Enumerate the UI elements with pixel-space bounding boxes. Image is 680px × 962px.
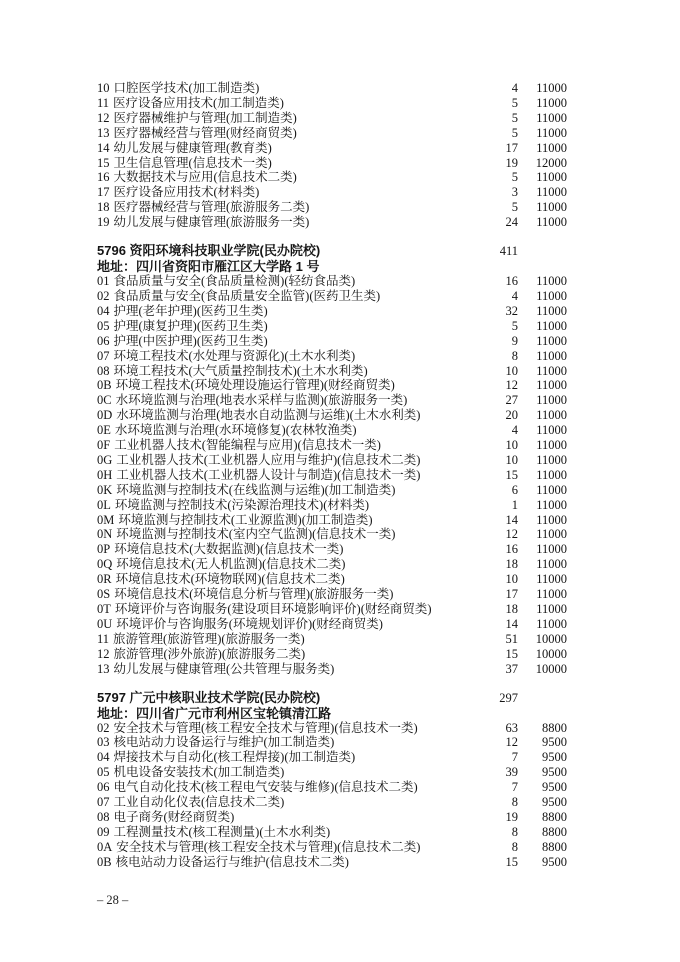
- program-name: 幼儿发展与健康管理(公共管理与服务类): [114, 662, 335, 676]
- college-title: 5797 广元中核职业技术学院(民办院校): [97, 690, 478, 705]
- program-row: 0U环境评价与咨询服务(环境规划评价)(财经商贸类) 14 11000: [97, 617, 567, 632]
- program-fee: 9500: [518, 855, 567, 870]
- program-title: 07环境工程技术(水处理与资源化)(土木水利类): [97, 349, 478, 364]
- program-quota: 18: [478, 602, 518, 617]
- program-row: 0D水环境监测与治理(地表水自动监测与运维)(土木水利类) 20 11000: [97, 408, 567, 423]
- college-section-5797: 5797 广元中核职业技术学院(民办院校) 297 地址：四川省广元市利州区宝轮…: [97, 690, 567, 870]
- program-row: 0B环境工程技术(环境处理设施运行管理)(财经商贸类) 12 11000: [97, 378, 567, 393]
- program-fee: 11000: [518, 200, 567, 215]
- page-content: 10口腔医学技术(加工制造类) 4 11000 11医疗设备应用技术(加工制造类…: [97, 81, 567, 870]
- program-name: 医疗器械经营与管理(旅游服务二类): [114, 200, 310, 214]
- program-title: 09工程测量技术(核工程测量)(土木水利类): [97, 825, 478, 840]
- program-code: 04: [97, 304, 110, 318]
- program-name: 护理(中医护理)(医药卫生类): [114, 334, 268, 348]
- program-name: 卫生信息管理(信息技术一类): [114, 156, 272, 170]
- program-name: 旅游管理(旅游管理)(旅游服务一类): [113, 632, 305, 646]
- college-header-row: 5797 广元中核职业技术学院(民办院校) 297: [97, 690, 567, 706]
- program-fee: 8800: [518, 810, 567, 825]
- program-fee: 11000: [518, 572, 567, 587]
- program-title: 08环境工程技术(大气质量控制技术)(土木水利类): [97, 364, 478, 379]
- program-code: 08: [97, 810, 110, 824]
- program-row: 11医疗设备应用技术(加工制造类) 5 11000: [97, 96, 567, 111]
- program-row: 0F工业机器人技术(智能编程与应用)(信息技术一类) 10 11000: [97, 438, 567, 453]
- program-row: 06电气自动化技术(核工程电气安装与维修)(信息技术二类) 7 9500: [97, 780, 567, 795]
- program-row: 04焊接技术与自动化(核工程焊接)(加工制造类) 7 9500: [97, 750, 567, 765]
- program-name: 环境信息技术(环境信息分析与管理)(旅游服务一类): [114, 587, 393, 601]
- program-quota: 18: [478, 557, 518, 572]
- program-name: 工业机器人技术(工业机器人设计与制造)(信息技术一类): [116, 468, 420, 482]
- program-code: 0B: [97, 378, 112, 392]
- program-code: 12: [97, 111, 110, 125]
- program-code: 11: [97, 632, 109, 646]
- program-row: 13医疗器械经营与管理(财经商贸类) 5 11000: [97, 126, 567, 141]
- program-code: 0F: [97, 438, 110, 452]
- program-quota: 5: [478, 170, 518, 185]
- program-fee: 11000: [518, 617, 567, 632]
- program-fee: 10000: [518, 632, 567, 647]
- program-row: 03核电站动力设备运行与维护(加工制造类) 12 9500: [97, 735, 567, 750]
- program-title: 06电气自动化技术(核工程电气安装与维修)(信息技术二类): [97, 780, 478, 795]
- program-title: 0A安全技术与管理(核工程安全技术与管理)(信息技术二类): [97, 840, 478, 855]
- program-title: 0R环境信息技术(环境物联网)(信息技术二类): [97, 572, 478, 587]
- program-title: 16大数据技术与应用(信息技术二类): [97, 170, 478, 185]
- program-row: 0E水环境监测与治理(水环境修复)(农林牧渔类) 4 11000: [97, 423, 567, 438]
- college-address: 地址：四川省资阳市雁江区大学路 1 号: [97, 259, 567, 274]
- program-row: 19幼儿发展与健康管理(旅游服务一类) 24 11000: [97, 215, 567, 230]
- program-quota: 39: [478, 765, 518, 780]
- program-row: 10口腔医学技术(加工制造类) 4 11000: [97, 81, 567, 96]
- program-quota: 5: [478, 200, 518, 215]
- program-quota: 16: [478, 542, 518, 557]
- program-title: 10口腔医学技术(加工制造类): [97, 81, 478, 96]
- program-code: 0S: [97, 587, 110, 601]
- program-name: 环境监测与控制技术(在线监测与运维)(加工制造类): [116, 483, 395, 497]
- program-name: 环境监测与控制技术(污染源治理技术)(材料类): [115, 498, 369, 512]
- college-program-list: 01食品质量与安全(食品质量检测)(轻纺食品类) 16 11000 02食品质量…: [97, 274, 567, 676]
- program-code: 12: [97, 647, 110, 661]
- program-title: 0E水环境监测与治理(水环境修复)(农林牧渔类): [97, 423, 478, 438]
- program-code: 13: [97, 126, 110, 140]
- program-title: 03核电站动力设备运行与维护(加工制造类): [97, 735, 478, 750]
- program-fee: 11000: [518, 141, 567, 156]
- program-code: 02: [97, 289, 110, 303]
- program-code: 03: [97, 735, 110, 749]
- program-quota: 24: [478, 215, 518, 230]
- program-name: 口腔医学技术(加工制造类): [114, 81, 260, 95]
- program-fee: 9500: [518, 735, 567, 750]
- program-title: 0C水环境监测与治理(地表水采样与监测)(旅游服务一类): [97, 393, 478, 408]
- program-fee: 11000: [518, 438, 567, 453]
- program-code: 02: [97, 721, 110, 735]
- program-name: 工业机器人技术(工业机器人应用与维护)(信息技术二类): [116, 453, 420, 467]
- program-name: 环境信息技术(环境物联网)(信息技术二类): [116, 572, 345, 586]
- program-quota: 4: [478, 289, 518, 304]
- program-row: 0G工业机器人技术(工业机器人应用与维护)(信息技术二类) 10 11000: [97, 453, 567, 468]
- program-title: 18医疗器械经营与管理(旅游服务二类): [97, 200, 478, 215]
- program-code: 0B: [97, 855, 112, 869]
- program-fee: 11000: [518, 96, 567, 111]
- program-code: 0M: [97, 513, 114, 527]
- program-name: 工业自动化仪表(信息技术二类): [114, 795, 285, 809]
- program-fee: 11000: [518, 602, 567, 617]
- program-fee: 11000: [518, 513, 567, 528]
- program-title: 0M环境监测与控制技术(工业源监测)(加工制造类): [97, 513, 478, 528]
- program-name: 工业机器人技术(智能编程与应用)(信息技术一类): [114, 438, 381, 452]
- program-title: 0S环境信息技术(环境信息分析与管理)(旅游服务一类): [97, 587, 478, 602]
- program-fee: 10000: [518, 647, 567, 662]
- program-fee: 11000: [518, 527, 567, 542]
- program-title: 0B核电站动力设备运行与维护(信息技术二类): [97, 855, 478, 870]
- program-code: 16: [97, 170, 110, 184]
- program-title: 0P环境信息技术(大数据监测)(信息技术一类): [97, 542, 478, 557]
- program-code: 01: [97, 274, 110, 288]
- program-name: 护理(康复护理)(医药卫生类): [114, 319, 268, 333]
- program-fee: 11000: [518, 483, 567, 498]
- program-fee: 11000: [518, 81, 567, 96]
- program-row: 0S环境信息技术(环境信息分析与管理)(旅游服务一类) 17 11000: [97, 587, 567, 602]
- program-quota: 10: [478, 453, 518, 468]
- program-title: 0F工业机器人技术(智能编程与应用)(信息技术一类): [97, 438, 478, 453]
- program-title: 14幼儿发展与健康管理(教育类): [97, 141, 478, 156]
- program-fee: 11000: [518, 185, 567, 200]
- program-fee: 9500: [518, 780, 567, 795]
- program-title: 0N环境监测与控制技术(室内空气监测)(信息技术一类): [97, 527, 478, 542]
- program-code: 17: [97, 185, 110, 199]
- program-fee: 12000: [518, 156, 567, 171]
- program-name: 医疗设备应用技术(加工制造类): [113, 96, 284, 110]
- program-title: 02食品质量与安全(食品质量安全监管)(医药卫生类): [97, 289, 478, 304]
- college-address: 地址：四川省广元市利州区宝轮镇清江路: [97, 706, 567, 721]
- program-row: 0B核电站动力设备运行与维护(信息技术二类) 15 9500: [97, 855, 567, 870]
- program-title: 13幼儿发展与健康管理(公共管理与服务类): [97, 662, 478, 677]
- program-title: 0U环境评价与咨询服务(环境规划评价)(财经商贸类): [97, 617, 478, 632]
- program-title: 0B环境工程技术(环境处理设施运行管理)(财经商贸类): [97, 378, 478, 393]
- program-row: 16大数据技术与应用(信息技术二类) 5 11000: [97, 170, 567, 185]
- program-quota: 14: [478, 513, 518, 528]
- program-fee: 10000: [518, 662, 567, 677]
- program-title: 13医疗器械经营与管理(财经商贸类): [97, 126, 478, 141]
- program-code: 0D: [97, 408, 112, 422]
- program-name: 医疗器械维护与管理(加工制造类): [114, 111, 297, 125]
- program-title: 11旅游管理(旅游管理)(旅游服务一类): [97, 632, 478, 647]
- program-fee: 9500: [518, 795, 567, 810]
- program-fee: 8800: [518, 825, 567, 840]
- program-name: 环境监测与控制技术(室内空气监测)(信息技术一类): [116, 527, 395, 541]
- program-title: 05护理(康复护理)(医药卫生类): [97, 319, 478, 334]
- program-name: 食品质量与安全(食品质量安全监管)(医药卫生类): [114, 289, 381, 303]
- program-code: 07: [97, 795, 110, 809]
- program-code: 09: [97, 825, 110, 839]
- program-quota: 16: [478, 274, 518, 289]
- program-name: 水环境监测与治理(水环境修复)(农林牧渔类): [115, 423, 357, 437]
- program-quota: 12: [478, 527, 518, 542]
- program-row: 0T环境评价与咨询服务(建设项目环境影响评价)(财经商贸类) 18 11000: [97, 602, 567, 617]
- program-code: 19: [97, 215, 110, 229]
- program-title: 15卫生信息管理(信息技术一类): [97, 156, 478, 171]
- program-code: 08: [97, 364, 110, 378]
- program-row: 07环境工程技术(水处理与资源化)(土木水利类) 8 11000: [97, 349, 567, 364]
- program-title: 0G工业机器人技术(工业机器人应用与维护)(信息技术二类): [97, 453, 478, 468]
- program-name: 电子商务(财经商贸类): [114, 810, 235, 824]
- program-row: 08电子商务(财经商贸类) 19 8800: [97, 810, 567, 825]
- program-row: 07工业自动化仪表(信息技术二类) 8 9500: [97, 795, 567, 810]
- college-total-quota: 411: [478, 244, 518, 259]
- program-code: 18: [97, 200, 110, 214]
- program-code: 10: [97, 81, 110, 95]
- program-title: 0K环境监测与控制技术(在线监测与运维)(加工制造类): [97, 483, 478, 498]
- program-code: 11: [97, 96, 109, 110]
- program-quota: 9: [478, 334, 518, 349]
- program-fee: 11000: [518, 274, 567, 289]
- program-name: 机电设备安装技术(加工制造类): [114, 765, 285, 779]
- program-quota: 4: [478, 423, 518, 438]
- program-row: 0R环境信息技术(环境物联网)(信息技术二类) 10 11000: [97, 572, 567, 587]
- program-name: 医疗器械经营与管理(财经商贸类): [114, 126, 297, 140]
- program-row: 15卫生信息管理(信息技术一类) 19 12000: [97, 156, 567, 171]
- program-title: 04护理(老年护理)(医药卫生类): [97, 304, 478, 319]
- program-row: 02安全技术与管理(核工程安全技术与管理)(信息技术一类) 63 8800: [97, 721, 567, 736]
- program-quota: 5: [478, 126, 518, 141]
- program-title: 0H工业机器人技术(工业机器人设计与制造)(信息技术一类): [97, 468, 478, 483]
- program-fee: 11000: [518, 468, 567, 483]
- program-quota: 8: [478, 795, 518, 810]
- program-fee: 8800: [518, 721, 567, 736]
- program-code: 0A: [97, 840, 112, 854]
- program-title: 17医疗设备应用技术(材料类): [97, 185, 478, 200]
- program-code: 0Q: [97, 557, 112, 571]
- program-code: 0C: [97, 393, 112, 407]
- program-code: 04: [97, 750, 110, 764]
- program-quota: 10: [478, 438, 518, 453]
- program-name: 工程测量技术(核工程测量)(土木水利类): [114, 825, 331, 839]
- program-name: 核电站动力设备运行与维护(信息技术二类): [116, 855, 349, 869]
- program-code: 06: [97, 780, 110, 794]
- program-row: 0H工业机器人技术(工业机器人设计与制造)(信息技术一类) 15 11000: [97, 468, 567, 483]
- program-row: 14幼儿发展与健康管理(教育类) 17 11000: [97, 141, 567, 156]
- program-quota: 27: [478, 393, 518, 408]
- program-title: 12医疗器械维护与管理(加工制造类): [97, 111, 478, 126]
- program-quota: 8: [478, 840, 518, 855]
- program-quota: 10: [478, 364, 518, 379]
- program-fee: 11000: [518, 215, 567, 230]
- program-fee: 11000: [518, 334, 567, 349]
- program-name: 焊接技术与自动化(核工程焊接)(加工制造类): [114, 750, 356, 764]
- program-row: 17医疗设备应用技术(材料类) 3 11000: [97, 185, 567, 200]
- program-name: 食品质量与安全(食品质量检测)(轻纺食品类): [114, 274, 356, 288]
- program-name: 旅游管理(涉外旅游)(旅游服务二类): [114, 647, 306, 661]
- program-name: 环境评价与咨询服务(建设项目环境影响评价)(财经商贸类): [115, 602, 432, 616]
- program-quota: 3: [478, 185, 518, 200]
- program-name: 核电站动力设备运行与维护(加工制造类): [114, 735, 335, 749]
- program-quota: 15: [478, 647, 518, 662]
- program-row: 02食品质量与安全(食品质量安全监管)(医药卫生类) 4 11000: [97, 289, 567, 304]
- program-quota: 8: [478, 825, 518, 840]
- program-row: 0M环境监测与控制技术(工业源监测)(加工制造类) 14 11000: [97, 513, 567, 528]
- program-name: 环境信息技术(无人机监测)(信息技术二类): [116, 557, 345, 571]
- program-quota: 17: [478, 141, 518, 156]
- program-quota: 63: [478, 721, 518, 736]
- program-row: 09工程测量技术(核工程测量)(土木水利类) 8 8800: [97, 825, 567, 840]
- program-name: 安全技术与管理(核工程安全技术与管理)(信息技术二类): [116, 840, 420, 854]
- program-name: 环境工程技术(大气质量控制技术)(土木水利类): [114, 364, 368, 378]
- program-quota: 5: [478, 96, 518, 111]
- program-code: 0K: [97, 483, 112, 497]
- program-row: 0L环境监测与控制技术(污染源治理技术)(材料类) 1 11000: [97, 498, 567, 513]
- program-title: 04焊接技术与自动化(核工程焊接)(加工制造类): [97, 750, 478, 765]
- program-title: 0Q环境信息技术(无人机监测)(信息技术二类): [97, 557, 478, 572]
- program-row: 11旅游管理(旅游管理)(旅游服务一类) 51 10000: [97, 632, 567, 647]
- program-quota: 4: [478, 81, 518, 96]
- program-fee: 11000: [518, 498, 567, 513]
- program-fee: 11000: [518, 126, 567, 141]
- program-name: 医疗设备应用技术(材料类): [114, 185, 260, 199]
- program-row: 05护理(康复护理)(医药卫生类) 5 11000: [97, 319, 567, 334]
- program-row: 13幼儿发展与健康管理(公共管理与服务类) 37 10000: [97, 662, 567, 677]
- program-fee: 9500: [518, 765, 567, 780]
- program-quota: 5: [478, 111, 518, 126]
- program-quota: 51: [478, 632, 518, 647]
- program-code: 0E: [97, 423, 111, 437]
- program-row: 05机电设备安装技术(加工制造类) 39 9500: [97, 765, 567, 780]
- program-title: 19幼儿发展与健康管理(旅游服务一类): [97, 215, 478, 230]
- program-title: 0D水环境监测与治理(地表水自动监测与运维)(土木水利类): [97, 408, 478, 423]
- program-row: 18医疗器械经营与管理(旅游服务二类) 5 11000: [97, 200, 567, 215]
- program-name: 电气自动化技术(核工程电气安装与维修)(信息技术二类): [114, 780, 418, 794]
- program-name: 幼儿发展与健康管理(教育类): [114, 141, 272, 155]
- program-title: 07工业自动化仪表(信息技术二类): [97, 795, 478, 810]
- program-title: 0L环境监测与控制技术(污染源治理技术)(材料类): [97, 498, 478, 513]
- program-fee: 8800: [518, 840, 567, 855]
- program-row: 01食品质量与安全(食品质量检测)(轻纺食品类) 16 11000: [97, 274, 567, 289]
- program-name: 环境工程技术(水处理与资源化)(土木水利类): [114, 349, 356, 363]
- program-fee: 11000: [518, 319, 567, 334]
- program-row: 12医疗器械维护与管理(加工制造类) 5 11000: [97, 111, 567, 126]
- program-fee: 11000: [518, 304, 567, 319]
- program-name: 环境监测与控制技术(工业源监测)(加工制造类): [118, 513, 372, 527]
- program-title: 11医疗设备应用技术(加工制造类): [97, 96, 478, 111]
- program-quota: 19: [478, 810, 518, 825]
- program-quota: 7: [478, 780, 518, 795]
- program-code: 0G: [97, 453, 112, 467]
- program-code: 0N: [97, 527, 112, 541]
- program-name: 安全技术与管理(核工程安全技术与管理)(信息技术一类): [114, 721, 418, 735]
- program-title: 08电子商务(财经商贸类): [97, 810, 478, 825]
- program-name: 大数据技术与应用(信息技术二类): [114, 170, 297, 184]
- program-name: 环境评价与咨询服务(环境规划评价)(财经商贸类): [116, 617, 383, 631]
- program-title: 01食品质量与安全(食品质量检测)(轻纺食品类): [97, 274, 478, 289]
- program-row: 06护理(中医护理)(医药卫生类) 9 11000: [97, 334, 567, 349]
- program-code: 0R: [97, 572, 112, 586]
- program-title: 0T环境评价与咨询服务(建设项目环境影响评价)(财经商贸类): [97, 602, 478, 617]
- program-quota: 5: [478, 319, 518, 334]
- program-row: 08环境工程技术(大气质量控制技术)(土木水利类) 10 11000: [97, 364, 567, 379]
- program-quota: 19: [478, 156, 518, 171]
- program-title: 06护理(中医护理)(医药卫生类): [97, 334, 478, 349]
- program-row: 0P环境信息技术(大数据监测)(信息技术一类) 16 11000: [97, 542, 567, 557]
- college-section-5796: 5796 资阳环境科技职业学院(民办院校) 411 地址：四川省资阳市雁江区大学…: [97, 243, 567, 676]
- program-name: 环境工程技术(环境处理设施运行管理)(财经商贸类): [116, 378, 395, 392]
- program-quota: 15: [478, 468, 518, 483]
- program-code: 05: [97, 319, 110, 333]
- program-code: 0T: [97, 602, 111, 616]
- program-code: 0U: [97, 617, 112, 631]
- page-number: – 28 –: [97, 893, 128, 908]
- college-title: 5796 资阳环境科技职业学院(民办院校): [97, 243, 478, 258]
- program-code: 13: [97, 662, 110, 676]
- program-row: 0Q环境信息技术(无人机监测)(信息技术二类) 18 11000: [97, 557, 567, 572]
- program-quota: 15: [478, 855, 518, 870]
- document-page: 10口腔医学技术(加工制造类) 4 11000 11医疗设备应用技术(加工制造类…: [0, 0, 680, 962]
- program-fee: 11000: [518, 453, 567, 468]
- program-code: 15: [97, 156, 110, 170]
- program-code: 06: [97, 334, 110, 348]
- program-row: 04护理(老年护理)(医药卫生类) 32 11000: [97, 304, 567, 319]
- college-program-list: 02安全技术与管理(核工程安全技术与管理)(信息技术一类) 63 8800 03…: [97, 721, 567, 870]
- program-quota: 12: [478, 735, 518, 750]
- college-total-quota: 297: [478, 691, 518, 706]
- program-name: 幼儿发展与健康管理(旅游服务一类): [114, 215, 310, 229]
- program-fee: 11000: [518, 170, 567, 185]
- program-fee: 11000: [518, 408, 567, 423]
- program-fee: 11000: [518, 393, 567, 408]
- program-name: 水环境监测与治理(地表水自动监测与运维)(土木水利类): [116, 408, 420, 422]
- program-name: 环境信息技术(大数据监测)(信息技术一类): [114, 542, 343, 556]
- program-fee: 11000: [518, 423, 567, 438]
- program-name: 护理(老年护理)(医药卫生类): [114, 304, 268, 318]
- program-row: 12旅游管理(涉外旅游)(旅游服务二类) 15 10000: [97, 647, 567, 662]
- program-code: 05: [97, 765, 110, 779]
- program-fee: 11000: [518, 542, 567, 557]
- program-title: 02安全技术与管理(核工程安全技术与管理)(信息技术一类): [97, 721, 478, 736]
- program-row: 0C水环境监测与治理(地表水采样与监测)(旅游服务一类) 27 11000: [97, 393, 567, 408]
- program-quota: 10: [478, 572, 518, 587]
- program-code: 14: [97, 141, 110, 155]
- program-code: 0H: [97, 468, 112, 482]
- program-fee: 11000: [518, 587, 567, 602]
- program-quota: 6: [478, 483, 518, 498]
- program-code: 0L: [97, 498, 111, 512]
- program-code: 0P: [97, 542, 110, 556]
- continued-program-list: 10口腔医学技术(加工制造类) 4 11000 11医疗设备应用技术(加工制造类…: [97, 81, 567, 230]
- program-quota: 14: [478, 617, 518, 632]
- college-header-row: 5796 资阳环境科技职业学院(民办院校) 411: [97, 243, 567, 259]
- program-fee: 11000: [518, 289, 567, 304]
- program-quota: 20: [478, 408, 518, 423]
- program-row: 0K环境监测与控制技术(在线监测与运维)(加工制造类) 6 11000: [97, 483, 567, 498]
- program-fee: 11000: [518, 364, 567, 379]
- program-row: 0A安全技术与管理(核工程安全技术与管理)(信息技术二类) 8 8800: [97, 840, 567, 855]
- program-row: 0N环境监测与控制技术(室内空气监测)(信息技术一类) 12 11000: [97, 527, 567, 542]
- program-quota: 7: [478, 750, 518, 765]
- program-name: 水环境监测与治理(地表水采样与监测)(旅游服务一类): [116, 393, 408, 407]
- program-fee: 9500: [518, 750, 567, 765]
- program-fee: 11000: [518, 111, 567, 126]
- program-quota: 8: [478, 349, 518, 364]
- program-fee: 11000: [518, 349, 567, 364]
- program-title: 05机电设备安装技术(加工制造类): [97, 765, 478, 780]
- program-title: 12旅游管理(涉外旅游)(旅游服务二类): [97, 647, 478, 662]
- program-fee: 11000: [518, 378, 567, 393]
- program-quota: 32: [478, 304, 518, 319]
- program-fee: 11000: [518, 557, 567, 572]
- program-code: 07: [97, 349, 110, 363]
- program-quota: 12: [478, 378, 518, 393]
- program-quota: 37: [478, 662, 518, 677]
- program-quota: 17: [478, 587, 518, 602]
- program-quota: 1: [478, 498, 518, 513]
